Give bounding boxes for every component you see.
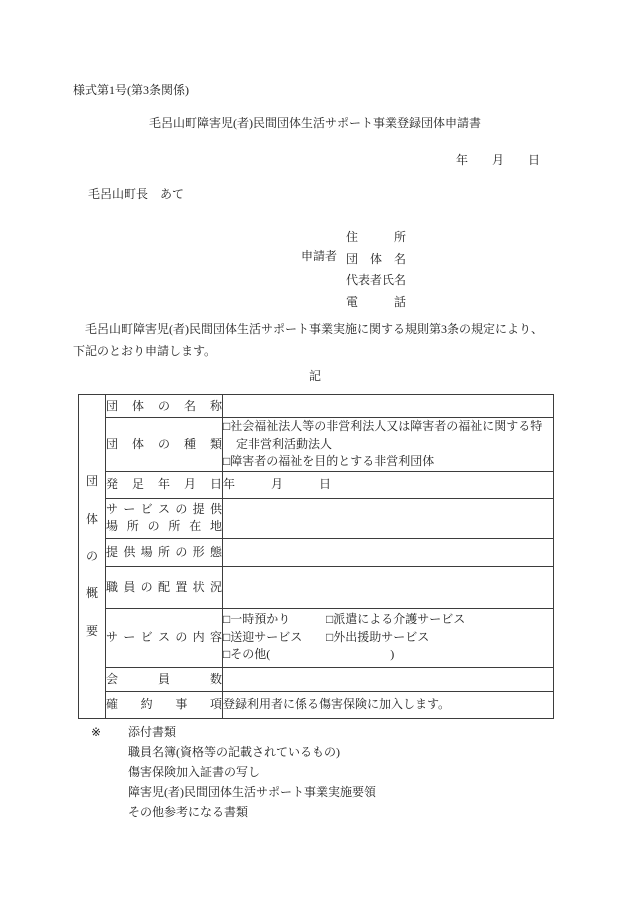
service-option-text: 外出援助サービス <box>333 630 429 644</box>
note-item: その他参考になる書類 <box>128 802 376 822</box>
member-count-value-cell <box>223 667 554 691</box>
service-content-label: サ ー ビ ス の 内 容 <box>106 608 223 667</box>
reference-mark: ※ <box>91 722 128 742</box>
notes-items: 職員名簿(資格等の記載されているもの) 傷害保険加入証書の写し 障害児(者)民間… <box>128 742 376 822</box>
applicant-label: 申請者 <box>301 249 337 263</box>
service-option: □送迎サービス <box>223 629 326 647</box>
side-label-char: 体 <box>86 512 98 526</box>
attachments-notes: ※ 添付書類 職員名簿(資格等の記載されているもの) 傷害保険加入証書の写し 障… <box>91 722 376 822</box>
venue-form-value-cell <box>223 538 554 566</box>
application-form-page: 様式第1号(第3条関係) 毛呂山町障害児(者)民間団体生活サポート事業登録団体申… <box>0 0 630 903</box>
side-label-char: 要 <box>86 624 98 638</box>
organization-overview-table: 団 体 の 概 要 団 体 の 名 称 団 体 の 種 類 □社会福祉法人等の非… <box>78 394 554 719</box>
side-label: 団 体 の 概 要 <box>79 474 105 638</box>
service-location-value-cell <box>223 498 554 538</box>
founding-date-label: 発 足 年 月 日 <box>106 471 223 498</box>
record-mark: 記 <box>0 369 630 383</box>
organization-type-label: 団 体 の 種 類 <box>106 418 223 472</box>
note-item: 職員名簿(資格等の記載されているもの) <box>128 742 376 762</box>
service-option: □派遣による介護サービス <box>326 611 465 629</box>
table-row: 会 員 数 <box>79 667 554 691</box>
table-row: 職 員 の 配 置 状 況 <box>79 566 554 608</box>
service-option-row: □その他( ) <box>223 646 553 664</box>
document-title: 毛呂山町障害児(者)民間団体生活サポート事業登録団体申請書 <box>0 116 630 130</box>
applicant-address-label: 住 所 <box>346 227 406 249</box>
type-option-text: 障害者の福祉を目的とする非営利団体 <box>230 454 434 468</box>
service-option-row: □一時預かり □派遣による介護サービス <box>223 611 553 629</box>
addressee-line: 毛呂山町長 あて <box>88 187 184 201</box>
note-item: 傷害保険加入証書の写し <box>128 762 376 782</box>
service-content-options-cell: □一時預かり □派遣による介護サービス □送迎サービス □外出援助サービス □そ… <box>223 608 554 667</box>
type-option-text: 社会福祉法人等の非営利法人又は障害者の福祉に関する特定非営利活動法人 <box>230 419 542 451</box>
organization-name-label: 団 体 の 名 称 <box>106 395 223 418</box>
side-label-char: 概 <box>86 586 98 600</box>
service-option-row: □送迎サービス □外出援助サービス <box>223 629 553 647</box>
venue-form-label: 提 供 場 所 の 形 態 <box>106 538 223 566</box>
service-option: □一時預かり <box>223 611 326 629</box>
body-paragraph: 毛呂山町障害児(者)民間団体生活サポート事業実施に関する規則第3条の規定により、… <box>73 318 543 362</box>
table-row: 団 体 の 種 類 □社会福祉法人等の非営利法人又は障害者の福祉に関する特定非営… <box>79 418 554 472</box>
side-label-char: の <box>86 549 98 563</box>
service-location-label-line2: 場 所 の 所 在 地 <box>106 518 222 536</box>
founding-date-value-cell: 年 月 日 <box>223 471 554 498</box>
type-option: □社会福祉法人等の非営利法人又は障害者の福祉に関する特定非営利活動法人 <box>223 418 553 453</box>
table-row: 確 約 事 項 登録利用者に係る傷害保険に加入します。 <box>79 691 554 718</box>
body-line-2: 下記のとおり申請します。 <box>73 340 543 362</box>
service-location-label-line1: サ ー ビ ス の 提 供 <box>106 501 222 519</box>
service-option-text: 派遣による介護サービス <box>333 612 465 626</box>
organization-type-options-cell: □社会福祉法人等の非営利法人又は障害者の福祉に関する特定非営利活動法人 □障害者… <box>223 418 554 472</box>
service-option-text: 送迎サービス <box>230 630 302 644</box>
type-option: □障害者の福祉を目的とする非営利団体 <box>223 453 553 471</box>
side-label-char: 団 <box>86 474 98 488</box>
table-row: 団 体 の 概 要 団 体 の 名 称 <box>79 395 554 418</box>
side-label-cell: 団 体 の 概 要 <box>79 395 106 719</box>
applicant-phone-label: 電 話 <box>346 292 406 314</box>
service-location-label: サ ー ビ ス の 提 供 場 所 の 所 在 地 <box>106 498 223 538</box>
table-row: 提 供 場 所 の 形 態 <box>79 538 554 566</box>
organization-name-value-cell <box>223 395 554 418</box>
table-row: サ ー ビ ス の 提 供 場 所 の 所 在 地 <box>79 498 554 538</box>
pledge-label: 確 約 事 項 <box>106 691 223 718</box>
applicant-representative-name-label: 代表者氏名 <box>346 270 406 292</box>
note-item: 障害児(者)民間団体生活サポート事業実施要領 <box>128 782 376 802</box>
member-count-label: 会 員 数 <box>106 667 223 691</box>
applicant-organization-name-label: 団 体 名 <box>346 249 406 271</box>
date-line: 年 月 日 <box>456 153 540 167</box>
service-option-text: その他( ) <box>230 647 394 661</box>
notes-heading: ※ 添付書類 <box>91 722 376 742</box>
service-option: □外出援助サービス <box>326 629 429 647</box>
applicant-fields: 住 所 団 体 名 代表者氏名 電 話 <box>346 227 406 313</box>
body-line-1: 毛呂山町障害児(者)民間団体生活サポート事業実施に関する規則第3条の規定により、 <box>73 318 543 340</box>
pledge-value-cell: 登録利用者に係る傷害保険に加入します。 <box>223 691 554 718</box>
table-row: サ ー ビ ス の 内 容 □一時預かり □派遣による介護サービス □送迎サービ… <box>79 608 554 667</box>
staffing-value-cell <box>223 566 554 608</box>
notes-title: 添付書類 <box>128 722 176 742</box>
staffing-label: 職 員 の 配 置 状 況 <box>106 566 223 608</box>
service-option: □その他( ) <box>223 646 394 664</box>
form-number: 様式第1号(第3条関係) <box>73 83 189 97</box>
table-row: 発 足 年 月 日 年 月 日 <box>79 471 554 498</box>
service-option-text: 一時預かり <box>230 612 290 626</box>
